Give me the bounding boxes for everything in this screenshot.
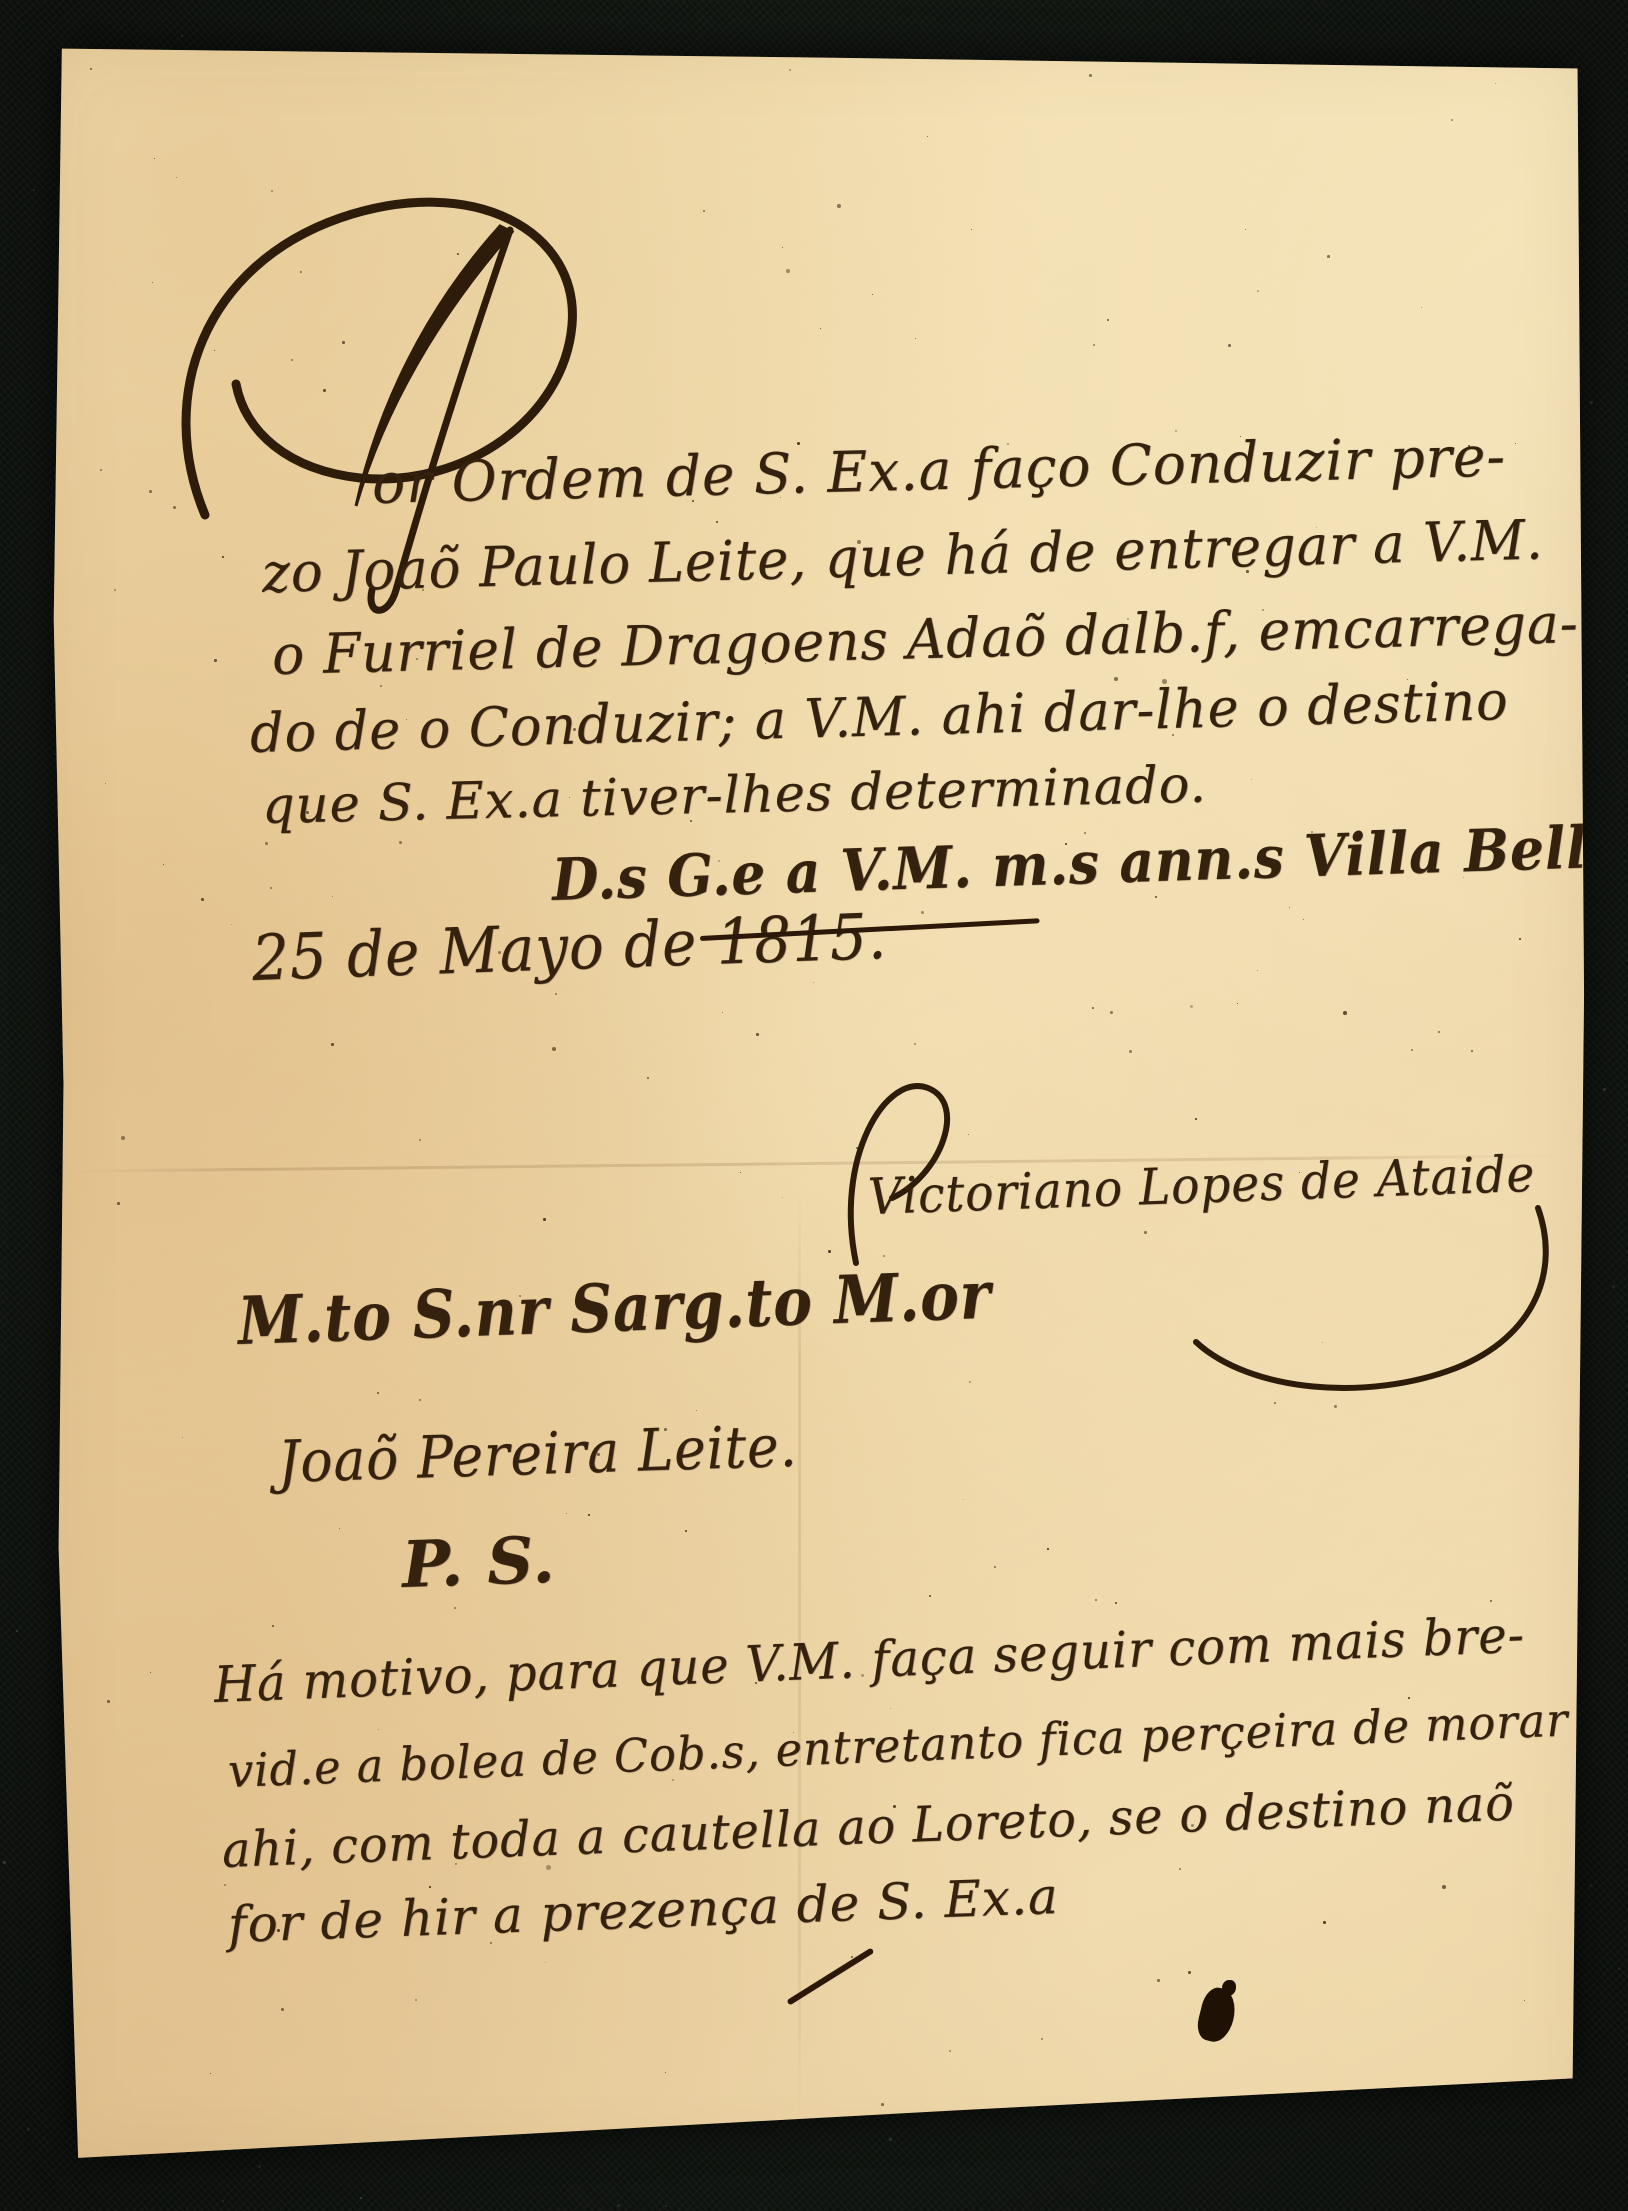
paper-sheet: or Ordem de S. Ex.a faço Conduzir pre- z…	[0, 0, 1628, 2211]
dateline-line-1: D.s G.e a V.M. m.s ann.s Villa Bella	[551, 812, 1624, 914]
postscript-label: P. S.	[401, 1523, 557, 1603]
addressee-line-2: Joaõ Pereira Leite.	[277, 1412, 798, 1496]
postscript-line-4: for de hir a prezença de S. Ex.a	[227, 1867, 1060, 1954]
stray-pen-stroke	[786, 1947, 874, 2005]
dateline-line-2: 25 de Mayo de 1815.	[251, 900, 888, 995]
body-line-4: do de o Conduzir; a V.M. ahi dar-lhe o d…	[249, 669, 1509, 765]
postscript-line-1: Há motivo, para que V.M. faça seguir com…	[213, 1606, 1526, 1714]
paper-sheet-wrap: or Ordem de S. Ex.a faço Conduzir pre- z…	[0, 0, 1628, 2211]
signature-tail-swash	[1170, 1190, 1570, 1410]
addressee-line-1: M.to S.nr Sarg.to M.or	[237, 1256, 993, 1360]
body-line-5: que S. Ex.a tiver-lhes determinado.	[261, 756, 1207, 836]
ink-speck	[1163, 2126, 1173, 2137]
manuscript-photo: or Ordem de S. Ex.a faço Conduzir pre- z…	[0, 0, 1628, 2211]
ink-blot-nub	[1222, 1980, 1236, 1996]
